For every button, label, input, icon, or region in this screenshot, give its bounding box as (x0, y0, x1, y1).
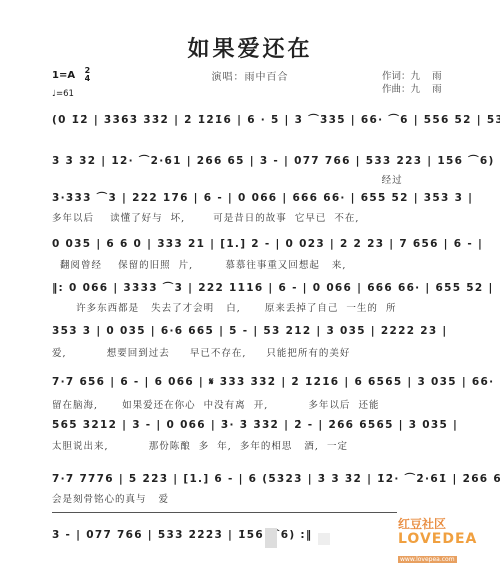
lyric-row-6: 爱, 想要回到过去 早已不存在, 只能把所有的美好 (52, 345, 452, 359)
lyric-row-8: 太胆说出来, 那份陈酿 多 年, 多年的相思 酒, 一定 (52, 438, 452, 452)
watermark-logo: LOVEDEA (398, 532, 493, 546)
lyric-row-7: 留在脑海, 如果爱还在你心 中没有离 开, 多年以后 还能 (52, 397, 452, 411)
lyric-row-4: 翻阅曾经 保留的旧照 片, 慕慕往事重又回想起 来, (52, 257, 452, 271)
lyric-row-3: 多年以后 读懂了好与 坏, 可是昔日的故事 它早已 不在, (52, 210, 452, 224)
score-row-6: 353 3 | 0 035 | 6·6 665 | 5 - | 53 212 |… (52, 325, 452, 341)
time-signature: 2 4 (85, 67, 91, 83)
score-row-3: 3·333 ⌒3 | 222 176 | 6 - | 0 066 | 666 6… (52, 190, 452, 206)
lyric-row-2: 经过 (52, 172, 452, 186)
score-row-9: 7·7 7776 | 5 2̇2̇3̇ | [1.] 6 - | 6 (5323… (52, 471, 452, 487)
score-row-2: 3 3 32 | 12· ⌒2·61 | 266 65 | 3 - | 077 … (52, 153, 452, 169)
key-label: 1=A (52, 70, 75, 81)
credits: 作词：九 雨 作曲：九 雨 (382, 70, 442, 96)
score-row-4: 0 035 | 6 6 0 | 333 21 | [1.] 2 - | 0 02… (52, 238, 452, 254)
score-row-8: 565 3212 | 3 - | 0 066 | 3̇· 3̇ 3̇32̇ | … (52, 419, 452, 435)
site-watermark: 红豆社区 LOVEDEA www.lovepea.com (398, 515, 493, 555)
watermark-cn: 红豆社区 (398, 515, 493, 532)
score-row-1: (0 1̇2̇ | 3̇3̇6̇3̇ 3̇3̇2̇ | 2̇ 1̇2̇1̇6 |… (52, 112, 452, 128)
watermark-url: www.lovepea.com (398, 556, 457, 563)
tempo-marking: ♩=61 (52, 89, 74, 99)
placeholder-block (265, 528, 277, 548)
lyricist-credit: 作词：九 雨 (382, 70, 442, 83)
lyric-row-9: 会是刻骨铭心的真与 爱 (52, 491, 452, 505)
score-row-5: ‖: 0 066 | 3333 ⌒3 | 222 1116 | 6 - | 0 … (52, 280, 452, 296)
song-title: 如果爱还在 (0, 32, 500, 63)
composer-credit: 作曲：九 雨 (382, 83, 442, 96)
key-signature: 1=A 2 4 (52, 67, 90, 83)
section-divider (52, 512, 397, 513)
time-bottom: 4 (85, 74, 91, 83)
lyric-row-5: 许多东西都是 失去了才会明 白, 原来丢掉了自己 一生的 所 (52, 300, 452, 314)
score-row-10: 3 - | 077 766 | 533 2̇2̇2̇3̇ | 1̇56 ⌒6) … (52, 527, 452, 543)
score-row-7: 7·7 656 | 6 - | 6 066 | 𝄋 3̇33 3̇32̇ | 2… (52, 376, 452, 392)
placeholder-block-small (318, 533, 330, 545)
